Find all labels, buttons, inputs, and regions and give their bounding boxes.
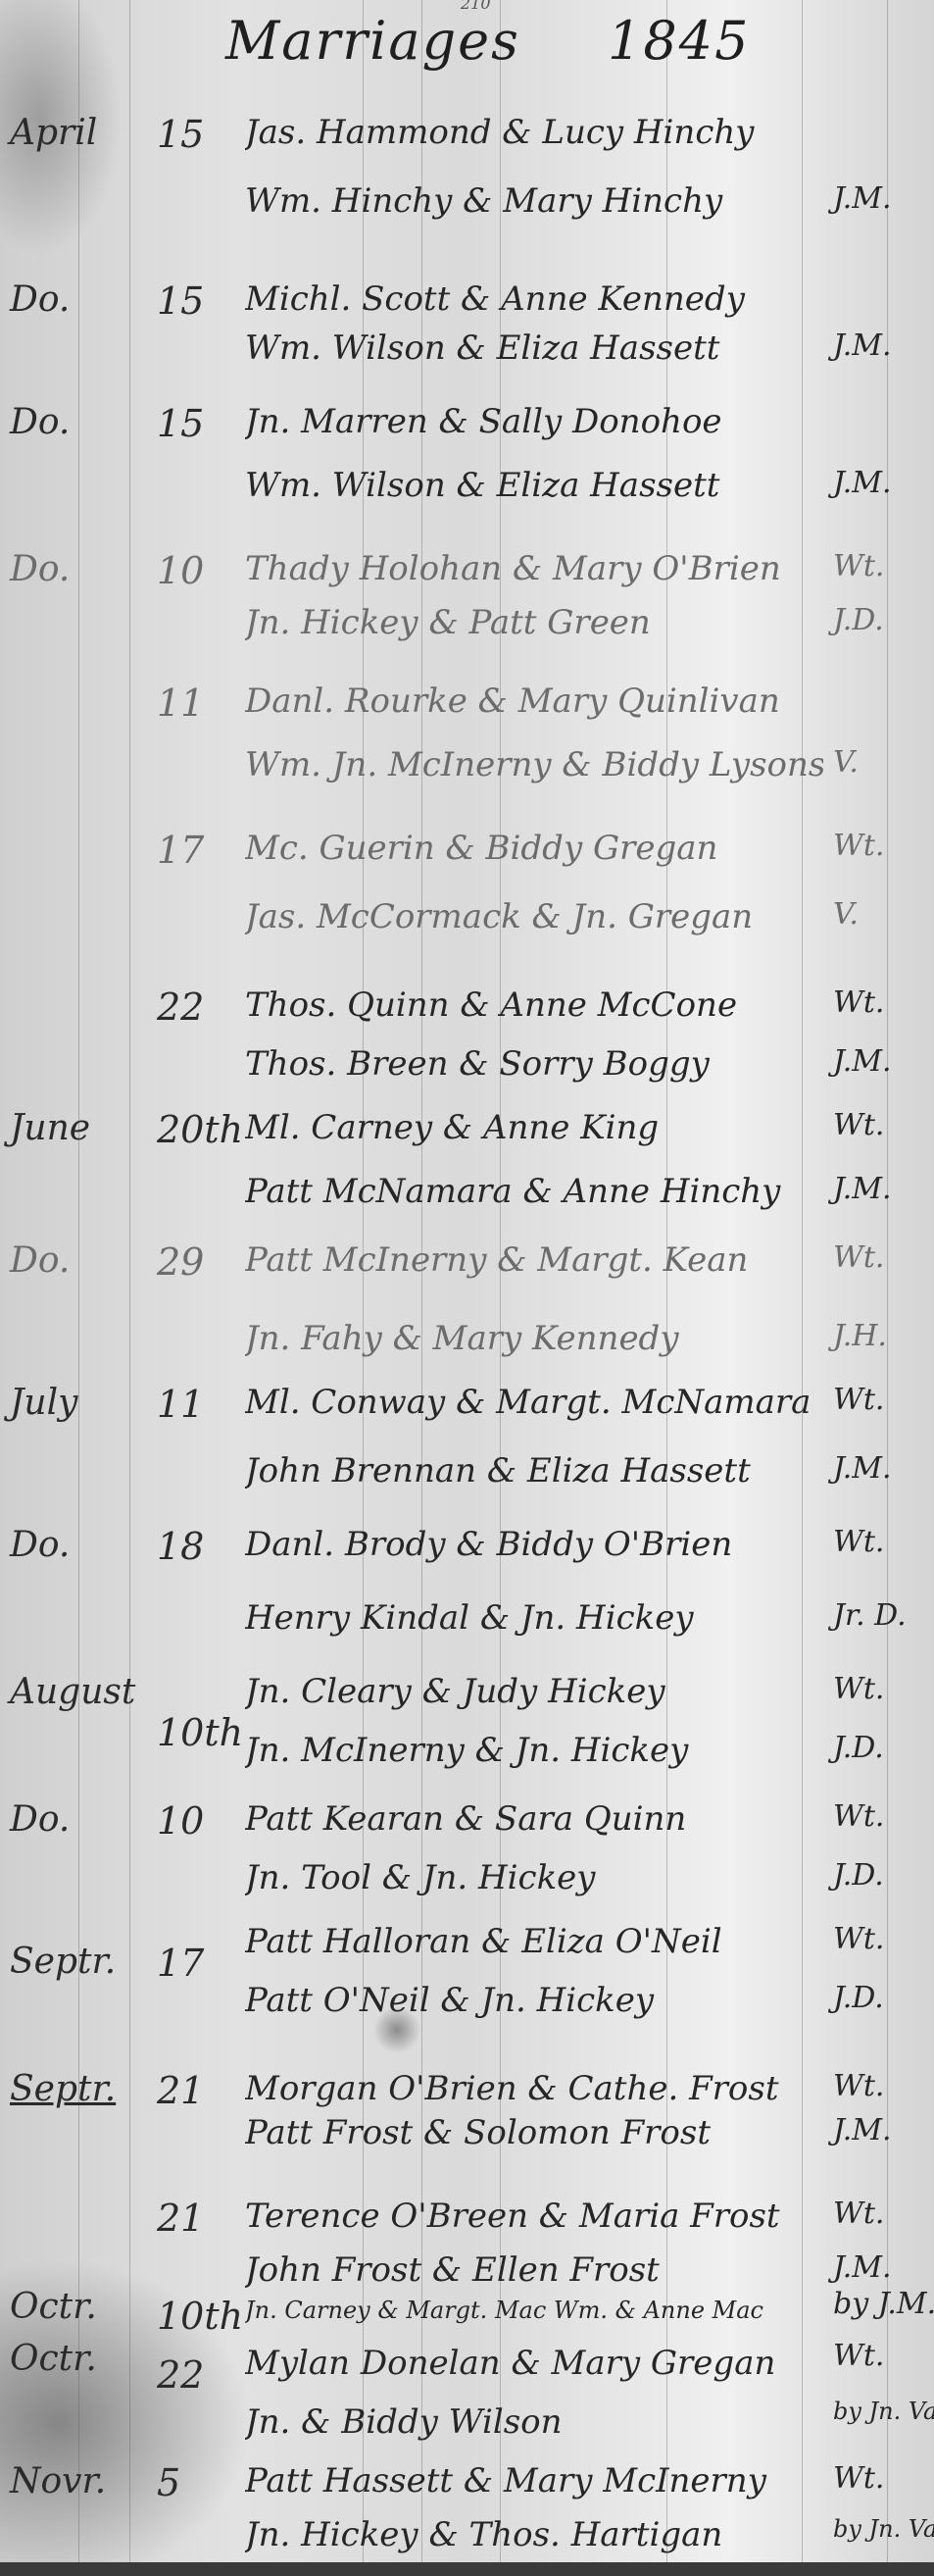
entry-month: April	[10, 113, 157, 153]
entry-month: Do.	[10, 1525, 157, 1565]
entry-witnesses: Jn. & Biddy Wilson	[245, 2402, 823, 2442]
entry-priest: J.M.	[833, 1044, 931, 1079]
entry-priest: J.H.	[833, 1319, 931, 1353]
entry-day: 10th	[157, 1711, 235, 1754]
ruled-line	[802, 0, 803, 2576]
entry-day: 20th	[157, 1108, 235, 1151]
entry-day: 21	[157, 2197, 235, 2240]
entry-couple: Mylan Donelan & Mary Gregan	[245, 2344, 823, 2383]
entry-day: 22	[157, 985, 235, 1029]
entry-priest: J.M.	[833, 1172, 931, 1206]
entry-month: Do.	[10, 402, 157, 442]
entry-day: 17	[157, 1942, 235, 1985]
entry-couple: Jas. Hammond & Lucy Hinchy	[245, 113, 823, 152]
entry-priest: J.D.	[833, 1731, 931, 1765]
entry-fee: Wt.	[833, 1383, 931, 1417]
entry-day: 11	[157, 682, 235, 725]
entry-witnesses: Patt McNamara & Anne Hinchy	[245, 1172, 823, 1211]
entry-couple: Patt Kearan & Sara Quinn	[245, 1799, 823, 1839]
entry-day: 10	[157, 549, 235, 592]
entry-day: 21	[157, 2069, 235, 2112]
entry-priest: J.M.	[833, 2113, 931, 2147]
page-title: Marriages 1845	[225, 10, 750, 72]
entry-witnesses: Jn. Tool & Jn. Hickey	[245, 1858, 823, 1897]
entry-fee: Wt.	[833, 1799, 931, 1834]
entry-couple: Thady Holohan & Mary O'Brien	[245, 549, 823, 588]
ruled-line	[666, 0, 667, 2576]
entry-fee: Wt.	[833, 2069, 931, 2103]
entry-priest: J.M.	[833, 1451, 931, 1486]
entry-month: Do.	[10, 1240, 157, 1281]
entry-day: 29	[157, 1240, 235, 1284]
entry-priest: by Jn. Vaur	[833, 2398, 931, 2425]
entry-month: Do.	[10, 549, 157, 589]
entry-couple: Michl. Scott & Anne Kennedy	[245, 279, 823, 319]
entry-fee: Wt.	[833, 1672, 931, 1706]
entry-couple: Patt McInerny & Margt. Kean	[245, 1240, 823, 1280]
entry-witnesses: Thos. Breen & Sorry Boggy	[245, 1044, 823, 1084]
entry-couple: Danl. Brody & Biddy O'Brien	[245, 1525, 823, 1564]
entry-couple: Mc. Guerin & Biddy Gregan	[245, 829, 823, 868]
entry-month: Octr.	[10, 2287, 157, 2327]
entry-fee: Wt.	[833, 829, 931, 863]
entry-witnesses: Patt Frost & Solomon Frost	[245, 2113, 823, 2152]
entry-witnesses: Wm. Wilson & Eliza Hassett	[245, 328, 823, 368]
entry-couple: Jn. Marren & Sally Donohoe	[245, 402, 823, 441]
entry-day: 22	[157, 2353, 235, 2397]
entry-witnesses: Wm. Jn. McInerny & Biddy Lysons	[245, 745, 823, 784]
entry-priest: Jr. D.	[833, 1598, 931, 1633]
entry-witnesses: Jn. McInerny & Jn. Hickey	[245, 1731, 823, 1770]
entry-witnesses: Wm. Wilson & Eliza Hassett	[245, 466, 823, 505]
entry-fee: Wt.	[833, 1240, 931, 1275]
entry-month: Novr.	[10, 2461, 157, 2501]
entry-witnesses: Jas. McCormack & Jn. Gregan	[245, 897, 823, 936]
entry-couple: Jn. Carney & Margt. Mac Wm. & Anne Mac	[245, 2297, 823, 2324]
title-text: Marriages	[225, 10, 520, 72]
entry-priest: J.M.	[833, 328, 931, 363]
ruled-line	[129, 0, 130, 2576]
entry-day: 5	[157, 2461, 235, 2504]
entry-day: 15	[157, 279, 235, 323]
entry-month: August	[10, 1672, 157, 1712]
entry-couple: Patt Halloran & Eliza O'Neil	[245, 1922, 823, 1961]
ruled-line	[363, 0, 364, 2576]
entry-priest: J.D.	[833, 1981, 931, 2015]
entry-month: June	[10, 1108, 157, 1148]
entry-day: 15	[157, 402, 235, 445]
entry-couple: Ml. Carney & Anne King	[245, 1108, 823, 1147]
entry-month: Septr.	[10, 2069, 157, 2109]
entry-priest: V.	[833, 745, 931, 780]
entry-priest: J.D.	[833, 603, 931, 637]
entry-fee: Wt.	[833, 2461, 931, 2496]
entry-couple: Danl. Rourke & Mary Quinlivan	[245, 682, 823, 721]
register-page: 210 Marriages 1845 April 15 Jas. Hammond…	[0, 0, 934, 2576]
entry-fee: Wt.	[833, 549, 931, 583]
entry-fee: Wt.	[833, 1922, 931, 1956]
entry-witnesses: Patt O'Neil & Jn. Hickey	[245, 1981, 823, 2020]
entry-witnesses: John Brennan & Eliza Hassett	[245, 1451, 823, 1490]
entry-day: 15	[157, 113, 235, 156]
entry-fee: Wt.	[833, 985, 931, 1020]
entry-couple: Morgan O'Brien & Cathe. Frost	[245, 2069, 823, 2108]
entry-witnesses: Jn. Fahy & Mary Kennedy	[245, 1319, 823, 1358]
entry-couple: Patt Hassett & Mary McInerny	[245, 2461, 823, 2500]
entry-fee: Wt.	[833, 1108, 931, 1142]
entry-fee: Wt.	[833, 2197, 931, 2231]
entry-priest: V.	[833, 897, 931, 932]
entry-day: 17	[157, 829, 235, 872]
entry-priest: by Jn. Vary	[833, 2515, 931, 2543]
entry-month: July	[10, 1383, 157, 1423]
entry-witnesses: Jn. Hickey & Thos. Hartigan	[245, 2515, 823, 2554]
entry-witnesses: Wm. Hinchy & Mary Hinchy	[245, 181, 823, 221]
page-bottom-edge	[0, 2562, 934, 2576]
entry-couple: Thos. Quinn & Anne McCone	[245, 985, 823, 1025]
ruled-line	[421, 0, 422, 2576]
ruled-line	[78, 0, 79, 2576]
entry-month: Octr.	[10, 2339, 157, 2379]
ruled-line	[500, 0, 501, 2576]
entry-priest: J.M.	[833, 181, 931, 216]
entry-day: 18	[157, 1525, 235, 1568]
entry-priest: J.M.	[833, 466, 931, 500]
entry-month: Septr.	[10, 1942, 157, 1982]
entry-month: Do.	[10, 1799, 157, 1840]
entry-priest: J.M.	[833, 2250, 931, 2285]
entry-priest: by J.M.	[833, 2287, 931, 2321]
entry-fee: Wt.	[833, 2339, 931, 2373]
entry-witnesses: John Frost & Ellen Frost	[245, 2250, 823, 2290]
entry-couple: Ml. Conway & Margt. McNamara	[245, 1383, 823, 1422]
entry-day: 10th	[157, 2295, 235, 2338]
entry-witnesses: Henry Kindal & Jn. Hickey	[245, 1598, 823, 1638]
entry-day: 10	[157, 1799, 235, 1843]
title-year: 1845	[608, 10, 750, 72]
entry-couple: Jn. Cleary & Judy Hickey	[245, 1672, 823, 1711]
entry-couple: Terence O'Breen & Maria Frost	[245, 2197, 823, 2236]
entry-witnesses: Jn. Hickey & Patt Green	[245, 603, 823, 642]
entry-month: Do.	[10, 279, 157, 320]
entry-priest: J.D.	[833, 1858, 931, 1893]
entry-fee: Wt.	[833, 1525, 931, 1559]
entry-day: 11	[157, 1383, 235, 1426]
ruled-line	[887, 0, 888, 2576]
